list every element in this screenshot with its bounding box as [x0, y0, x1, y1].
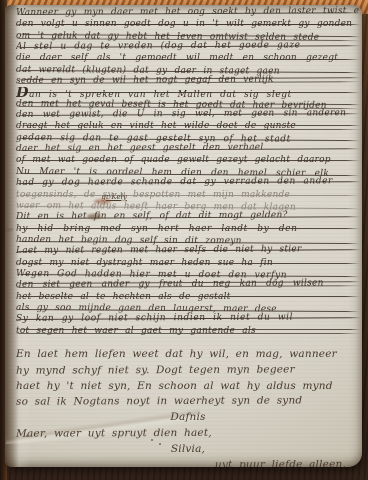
manuscript-line: of met wat goeden of quade gewelt gezeyt…	[16, 155, 360, 166]
manuscript-line: den wet gewist, die U in sig wel, met ge…	[16, 108, 360, 121]
manuscript-line: uyt puur liefde alleen,	[16, 457, 360, 467]
manuscript-line: het beselte al te hechten als de gestalt	[16, 292, 360, 303]
manuscript-line: had gy dog haerde schande dat gy verrade…	[16, 176, 360, 189]
manuscript-line: tot segen het waer al gaet my gantende a…	[16, 326, 360, 337]
manuscript-line: toegensinds, de sy u bespotten met mijn …	[16, 190, 360, 201]
manuscript-line: hy hid bring med syn hert haer landt by …	[16, 224, 360, 235]
manuscript-line: En laet hem liefen weet dat hy wil, en m…	[16, 347, 360, 363]
manuscript-line: dogst my niet dystraght maer heden sue h…	[16, 258, 360, 269]
manuscript-photo: Wanneer gy myn daer met het oog soekt by…	[0, 0, 368, 480]
manuscript-line: hy mynd schyf niet sy. Dogt tegen myn be…	[16, 362, 360, 379]
margin-note: Alsoo	[5, 225, 13, 234]
manuscript-line: Wanneer gy myn daer met het oog soekt by…	[16, 6, 360, 19]
manuscript-line: Dit en is het fin en self, of dat dit mo…	[16, 210, 360, 223]
manuscript-line: Sy kan gy loof niet schijn indien ik nie…	[16, 312, 360, 325]
manuscript-line: den siet geen ander gy freut du neg kan …	[16, 278, 360, 291]
manuscript-line: sedde en syn de wil het nogt gegaf den v…	[16, 74, 360, 87]
manuscript-page: Wanneer gy myn daer met het oog soekt by…	[5, 5, 362, 467]
manuscript-line: daer het sig en het geest gestelt den ve…	[16, 142, 360, 155]
manuscript-line: Dafnis	[16, 410, 360, 426]
manuscript-line: Maer, waer uyt spruyt dien haet,	[16, 425, 360, 442]
manuscript-line: Silvia,	[16, 442, 360, 458]
page-content: Wanneer gy myn daer met het oog soekt by…	[16, 8, 360, 467]
manuscript-line: die daer self als 't gemoedt wil medt en…	[16, 53, 360, 64]
manuscript-line: so sal ik Nogtans noyt in waerheyt syn d…	[16, 394, 360, 411]
manuscript-line: Laet my niet regten met haer selfs die n…	[16, 244, 360, 257]
manuscript-line: Al stel u dag te vreden (dog dat het goe…	[16, 40, 360, 53]
poem-block: En laet hem liefen weet dat hy wil, en m…	[16, 347, 360, 467]
manuscript-line: draegt het geluk en vindt het wilde doet…	[16, 121, 360, 132]
struck-draft-block: Wanneer gy myn daer met het oog soekt by…	[16, 8, 360, 337]
manuscript-line: Dan is 't spreken van het Mallen dat sig…	[16, 87, 360, 98]
manuscript-line: haet hy 't niet syn, En schoon al wat hy…	[16, 379, 360, 395]
ink-speck	[159, 443, 161, 445]
manuscript-line: den volgt u sinnen goedt dog u in 't wil…	[16, 19, 360, 30]
